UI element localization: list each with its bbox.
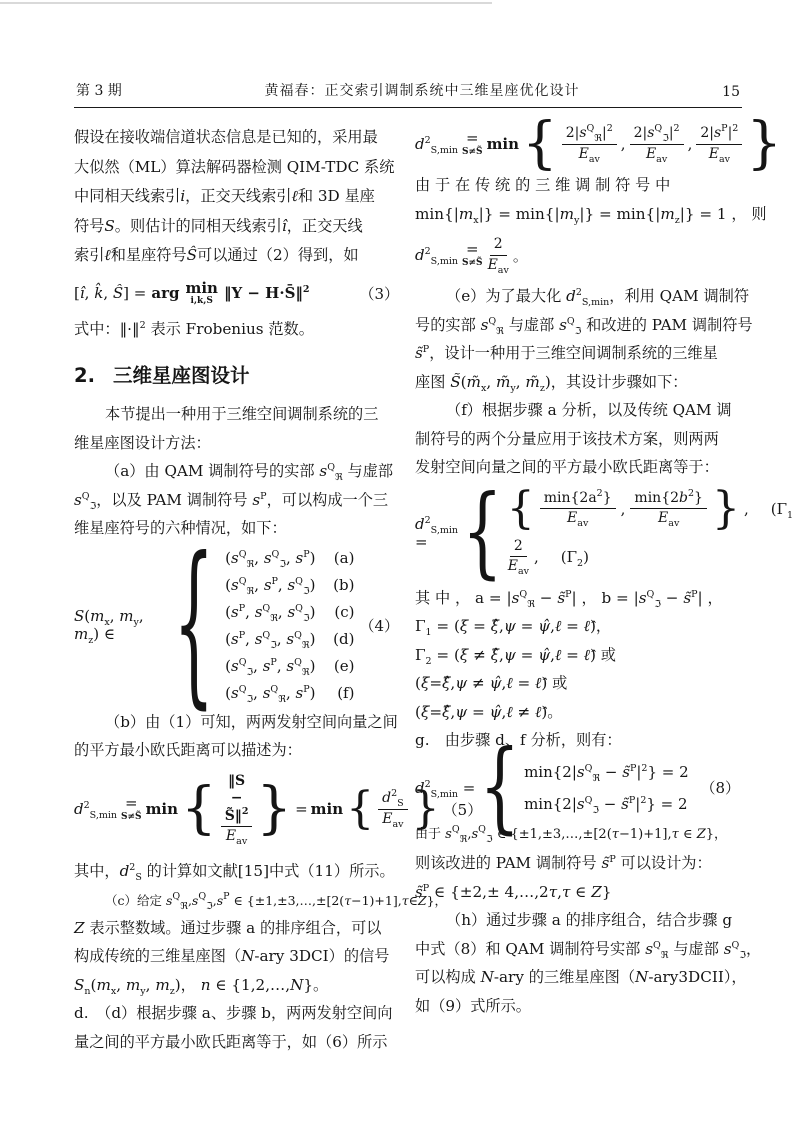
text-line: 则该改进的 PAM 调制符号 s̃P 可以设计为：: [415, 849, 742, 878]
text-line: 中同相天线索引i，正交天线索引ℓ和 3D 星座: [74, 182, 401, 212]
text-line: min{|mx|} = min{|my|} = min{|mz|} = 1 ， …: [415, 200, 742, 229]
fraction: ‖S − S̃‖2 Eav: [221, 773, 253, 846]
text-line: Z 表示整数域。通过步骤 a 的排序组合，可以: [74, 914, 401, 943]
text-line: 构成传统的三维星座图（N-ary 3DCI）的信号: [74, 942, 401, 971]
gamma2-condition: (Γ2): [561, 548, 589, 566]
text-line: 本节提出一种用于三维空间调制系统的三: [74, 400, 401, 429]
fraction: min{2a2} Eav: [540, 490, 616, 528]
text-line: 量之间的平方最小欧氏距离等于，如（6）所示: [74, 1028, 401, 1057]
text-line: 其中，d2S 的计算如文献[15]中式（11）所示。: [74, 854, 401, 888]
eq3-body: ‖Y − H·S̄‖2: [224, 284, 310, 302]
equation-7: d2S,min = { { min{2a2} Eav , min{2b2}: [415, 490, 742, 576]
section-title: 三维星座图设计: [113, 360, 250, 388]
paragraph: （f）根据步骤 a 分析，以及传统 QAM 调 制符号的两个分量应用于该技术方案…: [415, 396, 742, 482]
sentence-end: 。: [513, 245, 528, 266]
text-line: Sn(mx, my, mz)， n ∈ {1,2,…,N}。: [74, 971, 401, 1000]
eq6b-equals: = S≠S̃: [462, 242, 483, 268]
case-row: (sP, sQℜ, sQℑ) (c): [225, 603, 354, 621]
eq3-number: （3）: [359, 283, 401, 304]
text-line: s̃P ∈ {±2,± 4,…,2τ,τ ∈ Z}: [415, 878, 742, 907]
right-column: d2S,min = S≠S̃ min { 2|sQℜ|2 Eav , 2|sQℑ…: [415, 123, 742, 1056]
eq7-case-1: { min{2a2} Eav , min{2b2} Eav } ,: [507, 490, 793, 528]
fraction: 2 Eav: [508, 538, 529, 576]
eq6-min: min: [487, 135, 519, 153]
paragraph: 其 中 ， a = |sQℜ − s̃P| ， b = |sQℑ − s̃P| …: [415, 584, 742, 755]
fraction: 2|sQℑ|2 Eav: [630, 125, 684, 163]
text-line: Γ1 = (ξ = ξ̂,ψ = ψ̂,ℓ = ℓ̂)，: [415, 612, 742, 641]
text-line: 由于 sQℜ,sQℑ ∈ {±1,±3,…,±[2(τ−1)+1],τ ∈ Z}…: [415, 821, 742, 850]
separator: ,: [688, 135, 693, 153]
paragraph: 假设在接收端信道状态信息是已知的，采用最 大似然（ML）算法解码器检测 QIM-…: [74, 123, 401, 271]
equation-3: [î, k̂, Ŝ] = arg min i,k,S ‖Y − H·S̄‖2 （…: [74, 281, 401, 307]
eq4-cases: (sQℜ, sQℑ, sP) (a) (sQℜ, sP, sQℑ) (b) (s…: [225, 549, 354, 702]
text-line: 假设在接收端信道状态信息是已知的，采用最: [74, 123, 401, 153]
eq5-min2: min: [311, 800, 343, 818]
eq3-min: min i,k,S: [185, 281, 217, 307]
text-line: （a）由 QAM 调制符号的实部 sQℜ 与虚部: [74, 457, 401, 486]
case-row: (sQℑ, sQℜ, sP) (f): [225, 684, 354, 702]
text-line: 的平方最小欧氏距离可以描述为：: [74, 736, 401, 765]
text-line: （c）给定 sQℜ,sQℑ,sP ∈ {±1,±3,…,±[2(τ−1)+1],…: [74, 888, 401, 914]
eq5-equals: = S≠S̃: [121, 796, 142, 822]
eq5-equals2: =: [295, 800, 308, 818]
text-line: （b）由（1）可知，两两发射空间向量之间: [74, 708, 401, 737]
fraction: min{2b2} Eav: [630, 490, 707, 528]
text-line: (ξ=ξ̂,ψ = ψ̂,ℓ ≠ ℓ̂)。: [415, 698, 742, 727]
paragraph: 由 于 在 传 统 的 三 维 调 制 符 号 中 min{|mx|} = mi…: [415, 171, 742, 228]
section-heading: 2. 三维星座图设计: [74, 360, 401, 388]
paragraph: （b）由（1）可知，两两发射空间向量之间 的平方最小欧氏距离可以描述为：: [74, 708, 401, 765]
page-header: 第 3 期 黄福春：正交索引调制系统中三维星座优化设计 15: [74, 80, 742, 108]
fraction: 2|sQℜ|2 Eav: [562, 125, 617, 163]
paper-page: 第 3 期 黄福春：正交索引调制系统中三维星座优化设计 15 假设在接收端信道状…: [0, 0, 793, 1122]
eq4-number: （4）: [359, 615, 401, 636]
text-line: （h）通过步骤 a 的排序组合，结合步骤 g: [415, 906, 742, 935]
eq4-lhs: S(mx, my, mz) ∈: [74, 607, 168, 643]
eq7-lhs: d2S,min =: [415, 515, 458, 551]
fraction: d2S Eav: [378, 790, 408, 828]
equation-5: d2S,min = S≠S̃ min { ‖S − S̃‖2 Eav } = m…: [74, 773, 401, 846]
eq7-case-2: 2 Eav , (Γ2): [507, 538, 793, 576]
eq5-min: min: [146, 800, 178, 818]
paragraph: 由于 sQℜ,sQℑ ∈ {±1,±3,…,±[2(τ−1)+1],τ ∈ Z}…: [415, 821, 742, 907]
text-line: （f）根据步骤 a 分析，以及传统 QAM 调: [415, 396, 742, 425]
text-line: 座图 S̃(m̃x, m̃y, m̃z)，其设计步骤如下：: [415, 368, 742, 397]
eq6b-lhs: d2S,min: [415, 246, 458, 264]
text-line: 式中：‖·‖2 表示 Frobenius 范数。: [74, 312, 401, 346]
two-column-body: 假设在接收端信道状态信息是已知的，采用最 大似然（ML）算法解码器检测 QIM-…: [74, 123, 742, 1056]
eq8-lhs: d2S,min =: [415, 779, 475, 797]
text-line: 由 于 在 传 统 的 三 维 调 制 符 号 中: [415, 171, 742, 200]
text-line: d. （d）根据步骤 a、步骤 b，两两发射空间向: [74, 999, 401, 1028]
header-page-number: 15: [722, 84, 740, 100]
paragraph: （a）由 QAM 调制符号的实部 sQℜ 与虚部 sQℑ，以及 PAM 调制符号…: [74, 457, 401, 543]
fraction: 2|sP|2 Eav: [696, 125, 742, 163]
eq6-lhs: d2S,min: [415, 135, 458, 153]
eq8-number: （8）: [700, 777, 742, 798]
separator: ,: [621, 135, 626, 153]
eq6-number: （6）: [785, 134, 793, 155]
paragraph: d. （d）根据步骤 a、步骤 b，两两发射空间向 量之间的平方最小欧氏距离等于…: [74, 999, 401, 1056]
case-row: (sQℑ, sP, sQℜ) (e): [225, 657, 354, 675]
text-line: sQℑ，以及 PAM 调制符号 sP，可以构成一个三: [74, 486, 401, 515]
equation-6b: d2S,min = S≠S̃ 2 Eav 。: [415, 236, 742, 274]
paragraph: 本节提出一种用于三维空间调制系统的三 维星座图设计方法：: [74, 400, 401, 457]
text-line: （e）为了最大化 d2S,min，利用 QAM 调制符: [415, 282, 742, 311]
eq8-case-1: min{2|sQℜ − s̃P|2} = 2: [524, 763, 689, 781]
text-line: 符号S。则估计的同相天线索引î，正交天线: [74, 212, 401, 242]
text-line: Γ2 = (ξ ≠ ξ̂,ψ = ψ̂,ℓ = ℓ̂) 或: [415, 641, 742, 670]
text-line: 制符号的两个分量应用于该技术方案，则两两: [415, 425, 742, 454]
fraction: 2 Eav: [488, 236, 509, 274]
equation-6: d2S,min = S≠S̃ min { 2|sQℜ|2 Eav , 2|sQℑ…: [415, 125, 742, 163]
page-content: 第 3 期 黄福春：正交索引调制系统中三维星座优化设计 15 假设在接收端信道状…: [74, 80, 742, 1056]
eq8-case-2: min{2|sQℑ − s̃P|2} = 2: [524, 795, 689, 813]
case-row: (sQℜ, sQℑ, sP) (a): [225, 549, 354, 567]
eq7-cases: { min{2a2} Eav , min{2b2} Eav } ,: [507, 490, 793, 576]
header-running-title: 黄福春：正交索引调制系统中三维星座优化设计: [264, 80, 579, 100]
text-line: (ξ=ξ̂,ψ ≠ ψ̂,ℓ = ℓ̂) 或: [415, 669, 742, 698]
header-issue: 第 3 期: [76, 80, 122, 100]
eq5-lhs: d2S,min: [74, 800, 117, 818]
text-line: 中式（8）和 QAM 调制符号实部 sQℜ 与虚部 sQℑ，: [415, 935, 742, 964]
left-column: 假设在接收端信道状态信息是已知的，采用最 大似然（ML）算法解码器检测 QIM-…: [74, 123, 401, 1056]
paragraph: （c）给定 sQℜ,sQℑ,sP ∈ {±1,±3,…,±[2(τ−1)+1],…: [74, 888, 401, 1000]
paragraph: （h）通过步骤 a 的排序组合，结合步骤 g 中式（8）和 QAM 调制符号实部…: [415, 906, 742, 1020]
eq3-arg: arg: [151, 284, 179, 302]
case-row: (sP, sQℑ, sQℜ) (d): [225, 630, 354, 648]
text-line: 维星座图设计方法：: [74, 429, 401, 458]
equation-4: S(mx, my, mz) ∈ { (sQℜ, sQℑ, sP) (a) (sQ…: [74, 549, 401, 702]
text-line: 大似然（ML）算法解码器检测 QIM-TDC 系统: [74, 153, 401, 183]
gamma1-condition: (Γ1): [771, 500, 793, 518]
scan-artifact-line: [0, 2, 492, 4]
paragraph: （e）为了最大化 d2S,min，利用 QAM 调制符 号的实部 sQℜ 与虚部…: [415, 282, 742, 396]
text-line: g. 由步骤 d、f 分析，则有：: [415, 726, 742, 755]
eq6-equals: = S≠S̃: [462, 131, 483, 157]
section-number: 2.: [74, 364, 95, 387]
text-line: s̃P，设计一种用于三维空间调制系统的三维星: [415, 339, 742, 368]
text-line: 号的实部 sQℜ 与虚部 sQℑ 和改进的 PAM 调制符号: [415, 311, 742, 340]
eq8-cases: min{2|sQℜ − s̃P|2} = 2 min{2|sQℑ − s̃P|2…: [524, 763, 689, 813]
case-row: (sQℜ, sP, sQℑ) (b): [225, 576, 354, 594]
text-line: 如（9）式所示。: [415, 992, 742, 1021]
eq3-lhs: [î, k̂, Ŝ] =: [74, 284, 146, 302]
equation-8: d2S,min = { min{2|sQℜ − s̃P|2} = 2 min{2…: [415, 763, 742, 813]
text-line: 索引ℓ̂和星座符号Ŝ可以通过（2）得到，如: [74, 241, 401, 271]
text-line: 可以构成 N-ary 的三维星座图（N-ary3DCII），: [415, 963, 742, 992]
text-line: 维星座符号的六种情况，如下：: [74, 514, 401, 543]
